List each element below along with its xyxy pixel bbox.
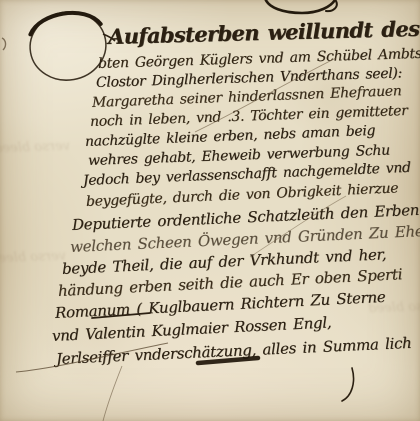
manuscript-page: verso bleed verso bleed verso bleed Aufa…	[0, 0, 420, 421]
edge-ink-speck	[2, 38, 6, 50]
bleedthrough-mark: verso bleed	[0, 139, 70, 157]
manuscript-line: Aufabsterben weillundt des Er	[108, 15, 420, 49]
top-edge-flourish-icon	[265, 0, 337, 13]
pen-hairline	[103, 366, 122, 421]
final-descender-stroke	[342, 368, 354, 401]
bleedthrough-mark: verso bleed	[0, 249, 66, 267]
